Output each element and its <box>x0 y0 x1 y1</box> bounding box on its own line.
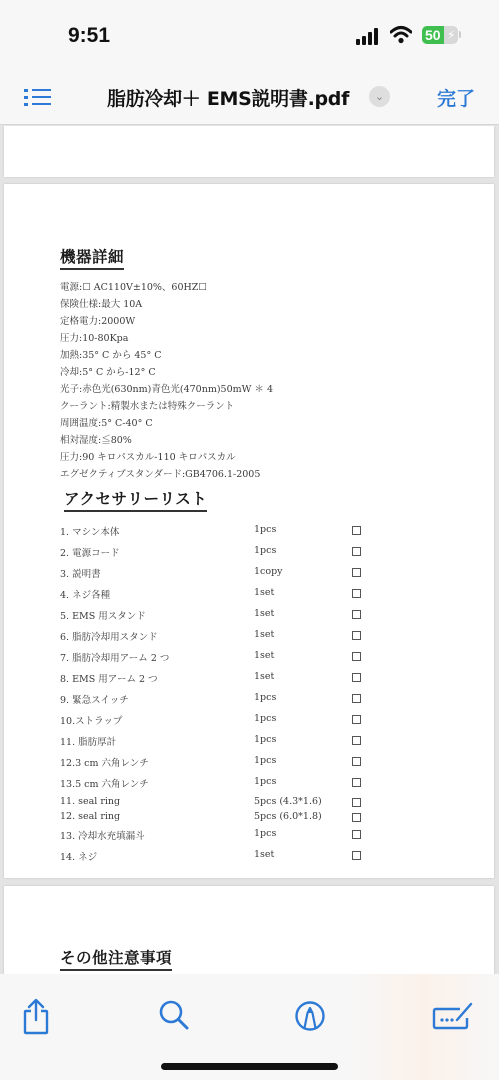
share-icon[interactable] <box>16 996 56 1036</box>
section-title-accessories: アクセサリーリスト <box>64 487 207 512</box>
accessory-qty: 1set <box>254 849 274 860</box>
accessory-row: 8. EMS 用アーム 2 つ1set <box>60 671 370 685</box>
pdf-page-previous <box>4 126 494 177</box>
accessory-qty: 1pcs <box>254 828 276 839</box>
spec-line: エグゼクティブスタンダード:GB4706.1-2005 <box>60 466 260 480</box>
accessory-row: 11. 脂肪厚計1pcs <box>60 734 370 748</box>
checkbox <box>352 568 361 577</box>
accessory-name: 12.3 cm 六角レンチ <box>60 755 149 769</box>
accessory-row: 4. ネジ各種1set <box>60 587 370 601</box>
checkbox <box>352 715 361 724</box>
section-title-equipment: 機器詳細 <box>60 245 124 270</box>
accessory-row: 6. 脂肪冷却用スタンド1set <box>60 629 370 643</box>
spec-line: クーラント:精製水または特殊クーラント <box>60 398 234 412</box>
battery-cap <box>459 31 461 38</box>
charging-bolt-icon: ⚡ <box>447 27 455 43</box>
spec-line: 圧力:90 キロパスカル-110 キロパスカル <box>60 449 236 463</box>
accessory-row: 10.ストラップ1pcs <box>60 713 370 727</box>
accessory-name: 11. 脂肪厚計 <box>60 734 116 748</box>
spec-line: 相対湿度:≦80% <box>60 432 132 446</box>
checkbox <box>352 736 361 745</box>
checkbox <box>352 610 361 619</box>
spec-line: 保険仕様:最大 10A <box>60 296 142 310</box>
cellular-signal-icon <box>356 28 382 45</box>
accessory-row: 7. 脂肪冷却用アーム 2 つ1set <box>60 650 370 664</box>
checkbox <box>352 652 361 661</box>
accessory-qty: 1set <box>254 671 274 682</box>
accessory-row: 9. 緊急スイッチ1pcs <box>60 692 370 706</box>
accessory-row: 12.3 cm 六角レンチ1pcs <box>60 755 370 769</box>
document-title[interactable]: 脂肪冷却＋ EMS説明書.pdf <box>107 84 349 111</box>
accessory-row: 13.5 cm 六角レンチ1pcs <box>60 776 370 790</box>
checkbox <box>352 798 361 807</box>
accessory-name: 14. ネジ <box>60 849 97 863</box>
spec-line: 定格電力:2000W <box>60 313 135 327</box>
accessory-qty: 1set <box>254 650 274 661</box>
accessory-name: 12. seal ring <box>60 811 120 822</box>
section-title-other-notes: その他注意事項 <box>60 946 172 971</box>
list-icon[interactable] <box>24 83 52 109</box>
spec-line: 加熱:35° C から 45° C <box>60 347 162 361</box>
checkbox <box>352 589 361 598</box>
accessory-qty: 1set <box>254 608 274 619</box>
accessory-name: 3. 説明書 <box>60 566 101 580</box>
checkbox <box>352 526 361 535</box>
accessory-name: 7. 脂肪冷却用アーム 2 つ <box>60 650 169 664</box>
accessory-qty: 5pcs (6.0*1.8) <box>254 811 322 822</box>
checkbox <box>352 673 361 682</box>
accessory-row: 2. 電源コード1pcs <box>60 545 370 559</box>
wifi-icon <box>390 25 412 45</box>
clock: 9:51 <box>68 24 110 48</box>
accessory-row: 11. seal ring5pcs (4.3*1.6) <box>60 796 370 810</box>
accessory-name: 5. EMS 用スタンド <box>60 608 146 622</box>
spec-line: 冷却:5° C から-12° C <box>60 364 156 378</box>
spec-line: 光子:赤色光(630nm)青色光(470nm)50mW ＊ 4 <box>60 381 273 395</box>
spec-line: 電源:☐ AC110V±10%、60HZ☐ <box>60 279 207 293</box>
accessory-row: 5. EMS 用スタンド1set <box>60 608 370 622</box>
accessory-qty: 5pcs (4.3*1.6) <box>254 796 322 807</box>
markup-pen-icon[interactable] <box>290 996 330 1036</box>
checkbox <box>352 757 361 766</box>
status-bar: 9:51 50 ⚡ <box>0 0 499 75</box>
spec-line: 圧力:10-80Kpa <box>60 330 128 344</box>
accessory-name: 4. ネジ各種 <box>60 587 110 601</box>
accessory-qty: 1pcs <box>254 692 276 703</box>
pdf-viewer[interactable]: 機器詳細 電源:☐ AC110V±10%、60HZ☐ 保険仕様:最大 10A 定… <box>0 126 499 974</box>
checkbox <box>352 694 361 703</box>
accessory-name: 10.ストラップ <box>60 713 122 727</box>
accessory-name: 11. seal ring <box>60 796 120 807</box>
accessory-row: 12. seal ring5pcs (6.0*1.8) <box>60 811 370 825</box>
accessory-name: 13.5 cm 六角レンチ <box>60 776 149 790</box>
accessory-name: 8. EMS 用アーム 2 つ <box>60 671 158 685</box>
pdf-page-next: その他注意事項 <box>4 886 494 974</box>
battery-percent: 50 <box>425 26 441 44</box>
chevron-down-icon[interactable]: ⌄ <box>369 86 390 107</box>
accessory-row: 3. 説明書1copy <box>60 566 370 580</box>
checkbox <box>352 851 361 860</box>
accessory-name: 1. マシン本体 <box>60 524 119 538</box>
accessory-qty: 1set <box>254 587 274 598</box>
accessory-qty: 1pcs <box>254 713 276 724</box>
home-indicator[interactable] <box>161 1063 338 1070</box>
search-icon[interactable] <box>154 996 194 1036</box>
spec-line: 周囲温度:5° C-40° C <box>60 415 153 429</box>
checkbox <box>352 778 361 787</box>
done-button[interactable]: 完了 <box>437 84 475 111</box>
accessory-qty: 1pcs <box>254 524 276 535</box>
navigation-bar: 脂肪冷却＋ EMS説明書.pdf ⌄ 完了 <box>0 75 499 125</box>
accessory-qty: 1set <box>254 629 274 640</box>
checkbox <box>352 830 361 839</box>
accessory-row: 13. 冷却水充填漏斗1pcs <box>60 828 370 842</box>
accessory-qty: 1copy <box>254 566 283 577</box>
accessory-name: 13. 冷却水充填漏斗 <box>60 828 145 842</box>
accessory-row: 14. ネジ1set <box>60 849 370 863</box>
accessory-name: 2. 電源コード <box>60 545 120 559</box>
accessory-name: 6. 脂肪冷却用スタンド <box>60 629 158 643</box>
accessory-name: 9. 緊急スイッチ <box>60 692 129 706</box>
battery-charging-icon: 50 ⚡ <box>422 26 458 44</box>
checkbox <box>352 547 361 556</box>
checkbox <box>352 813 361 822</box>
checkbox <box>352 631 361 640</box>
accessory-qty: 1pcs <box>254 755 276 766</box>
accessory-row: 1. マシン本体1pcs <box>60 524 370 538</box>
accessory-qty: 1pcs <box>254 734 276 745</box>
signature-icon[interactable] <box>432 996 476 1036</box>
accessory-qty: 1pcs <box>254 545 276 556</box>
pdf-page-current: 機器詳細 電源:☐ AC110V±10%、60HZ☐ 保険仕様:最大 10A 定… <box>4 184 494 878</box>
accessory-qty: 1pcs <box>254 776 276 787</box>
